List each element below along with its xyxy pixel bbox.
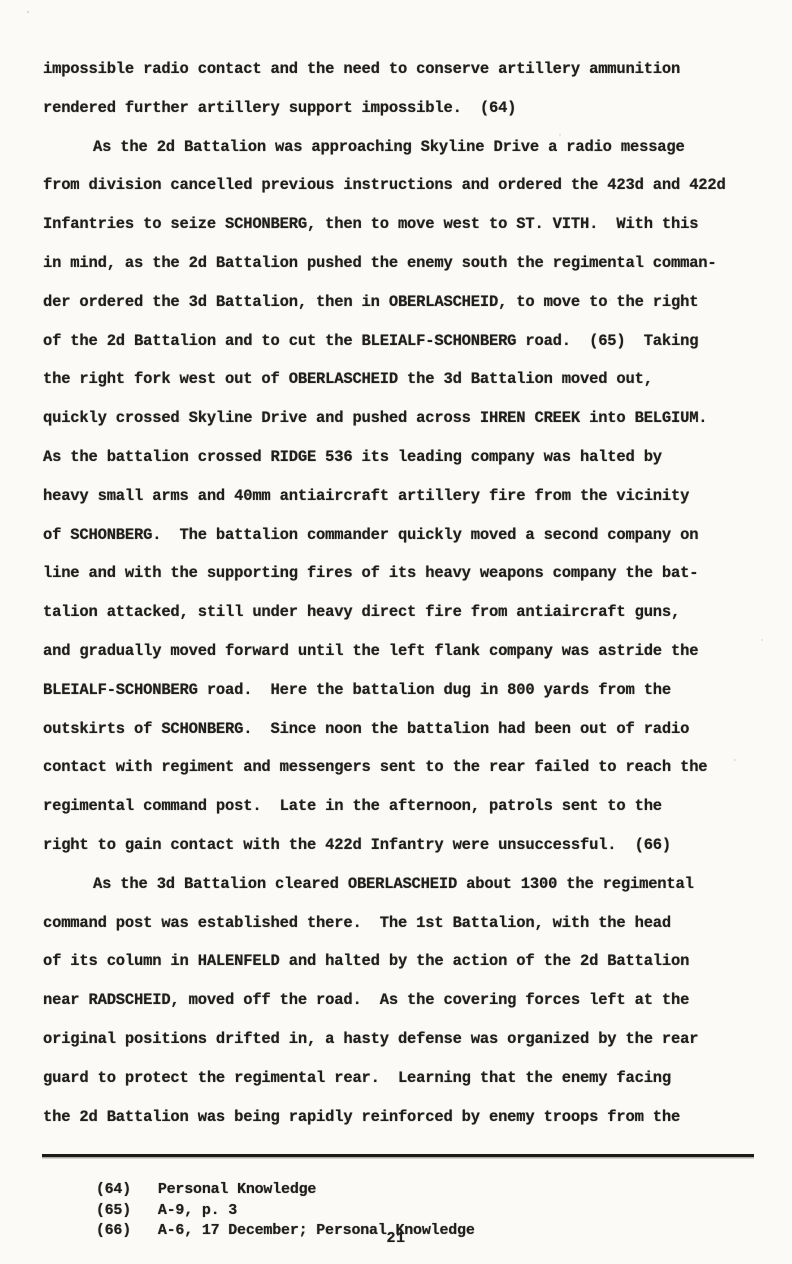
text-line: the 2d Battalion was being rapidly reinf… (43, 1108, 763, 1147)
text-line: outskirts of SCHONBERG. Since noon the b… (43, 720, 763, 759)
text-line: from division cancelled previous instruc… (43, 176, 763, 215)
body-text: impossible radio contact and the need to… (43, 60, 763, 1146)
text-line: impossible radio contact and the need to… (43, 60, 763, 99)
text-line: As the 3d Battalion cleared OBERLASCHEID… (43, 875, 763, 914)
text-line: BLEIALF-SCHONBERG road. Here the battali… (43, 681, 763, 720)
text-line: command post was established there. The … (43, 914, 763, 953)
text-line: original positions drifted in, a hasty d… (43, 1030, 763, 1069)
document-page: impossible radio contact and the need to… (0, 0, 792, 1264)
text-line: of its column in HALENFELD and halted by… (43, 952, 763, 991)
text-line: the right fork west out of OBERLASCHEID … (43, 370, 763, 409)
text-line: guard to protect the regimental rear. Le… (43, 1069, 763, 1108)
text-line: der ordered the 3d Battalion, then in OB… (43, 293, 763, 332)
text-line: rendered further artillery support impos… (43, 99, 763, 138)
text-line: line and with the supporting fires of it… (43, 564, 763, 603)
footnote-marker: (65) (96, 1201, 158, 1220)
text-line: in mind, as the 2d Battalion pushed the … (43, 254, 763, 293)
footnote-marker: (64) (96, 1180, 158, 1199)
text-line: of the 2d Battalion and to cut the BLEIA… (43, 332, 763, 371)
text-line: talion attacked, still under heavy direc… (43, 603, 763, 642)
text-line: of SCHONBERG. The battalion commander qu… (43, 526, 763, 565)
text-line: near RADSCHEID, moved off the road. As t… (43, 991, 763, 1030)
text-line: heavy small arms and 40mm antiaircraft a… (43, 487, 763, 526)
text-line: As the 2d Battalion was approaching Skyl… (43, 138, 763, 177)
page-number: 21 (0, 1230, 792, 1247)
footnotes: (64)Personal Knowledge (65)A-9, p. 3 (66… (43, 1161, 743, 1223)
text-line: regimental command post. Late in the aft… (43, 797, 763, 836)
text-line: and gradually moved forward until the le… (43, 642, 763, 681)
text-line: As the battalion crossed RIDGE 536 its l… (43, 448, 763, 487)
text-line: contact with regiment and messengers sen… (43, 758, 763, 797)
text-line: quickly crossed Skyline Drive and pushed… (43, 409, 763, 448)
footnote-divider (42, 1154, 754, 1157)
text-line: right to gain contact with the 422d Infa… (43, 836, 763, 875)
footnote: (64)Personal Knowledge (43, 1161, 743, 1182)
footnote-text: Personal Knowledge (158, 1181, 316, 1198)
footnote-text: A-9, p. 3 (158, 1202, 237, 1219)
text-line: Infantries to seize SCHONBERG, then to m… (43, 215, 763, 254)
